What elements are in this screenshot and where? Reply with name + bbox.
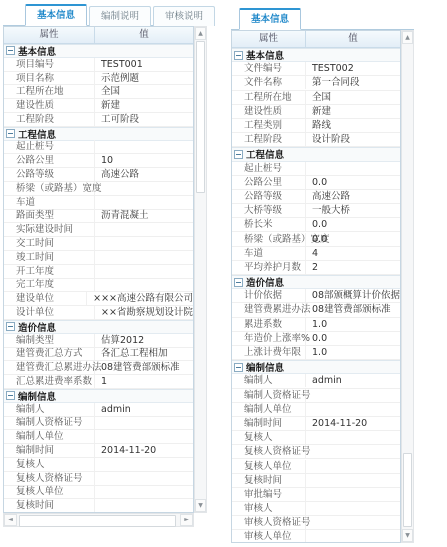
property-row: 开工年度 [4,265,193,279]
property-row: 计价依据08部颁概算计价依据 [232,289,400,303]
section-label: 编制信息 [246,360,284,374]
section-label: 基本信息 [246,48,284,62]
property-value[interactable]: 10 [95,154,193,167]
property-name: 复核人单位 [232,460,306,473]
property-name: 工程阶段 [4,113,95,126]
property-name: 建设性质 [4,99,95,112]
property-value[interactable]: 工可阶段 [95,113,193,126]
property-value[interactable]: 全国 [95,85,193,98]
property-value[interactable]: 新建 [306,105,400,118]
property-value[interactable]: 0.0 [306,332,400,345]
grid-body: 基本信息文件编号TEST002文件名称第一合同段工程所在地全国建设性质新建工程类… [232,48,400,543]
property-name: 交工时间 [4,237,95,250]
property-row: 交工时间 [4,237,193,251]
collapse-minus-icon[interactable] [234,51,243,60]
property-name: 平均养护月数 [232,261,306,274]
property-value[interactable]: 高速公路 [95,168,193,181]
property-name: 文件名称 [232,76,306,89]
column-header-value: 值 [306,31,400,47]
section-row[interactable]: 工程信息 [232,147,400,161]
property-value[interactable]: 0.0 [306,176,400,189]
property-row: 编制人资格证号 [4,417,193,431]
property-value[interactable]: 2014-11-20 [95,444,193,457]
tab-编制说明[interactable]: 编制说明 [89,6,151,26]
property-name: 累进系数 [232,318,306,331]
property-name: 大桥等级 [232,204,306,217]
property-value[interactable]: 沥青混凝土 [95,209,193,222]
property-name: 审核人单位 [232,530,306,543]
property-name: 汇总累进费率系数 [4,375,95,388]
property-name: 建管费汇总累进办法 [4,361,95,374]
property-row: 编制人单位 [232,403,400,417]
property-row: 大桥等级一般大桥 [232,204,400,218]
property-value[interactable]: admin [306,374,400,387]
section-label: 编制信息 [18,389,56,403]
tab-审核说明[interactable]: 审核说明 [153,6,215,26]
property-name: 编制人 [4,403,95,416]
property-name: 完工年度 [4,278,95,291]
property-row: 复核人资格证号 [232,445,400,459]
property-name: 工程类别 [232,119,306,132]
column-header-property: 属性 [232,31,306,47]
property-name: 工程所在地 [4,85,95,98]
property-name: 编制人单位 [4,430,95,443]
property-row: 汇总累进费率系数1 [4,375,193,389]
property-name: 起止桩号 [4,140,95,153]
property-value[interactable]: 第一合同段 [306,76,400,89]
property-name: 复核人 [4,458,95,471]
property-row: 年造价上涨率%0.0 [232,332,400,346]
property-row: 建设性质新建 [4,99,193,113]
property-name: 建设单位 [4,292,87,305]
grid-header: 属性 值 [4,27,193,44]
section-row[interactable]: 基本信息 [232,48,400,62]
column-header-value: 值 [95,27,193,43]
property-name: 设计单位 [4,306,95,319]
property-name: 编制时间 [4,444,95,457]
property-row: 平均养护月数2 [232,261,400,275]
vertical-scrollbar[interactable]: ▲ ▼ [194,26,207,513]
property-value[interactable]: 一般大桥 [306,204,400,217]
property-name: 建设性质 [232,105,306,118]
property-row: 竣工时间 [4,251,193,265]
property-row: 公路等级高速公路 [232,190,400,204]
left-property-panel: 基本信息编制说明审核说明 属性 值 基本信息项目编号TEST001项目名称示范例… [3,2,207,527]
property-row: 工程阶段工可阶段 [4,113,193,127]
collapse-minus-icon[interactable] [234,363,243,372]
property-row: 复核人资格证号 [4,472,193,486]
property-value[interactable]: 高速公路 [306,190,400,203]
property-row: 复核人 [232,431,400,445]
property-row: 上涨计费年限1.0 [232,346,400,360]
property-name: 开工年度 [4,265,95,278]
property-value[interactable]: ×××高速公路有限公司 [87,292,193,305]
scroll-up-icon[interactable]: ▲ [195,27,206,40]
property-name: 公路等级 [4,168,95,181]
collapse-minus-icon[interactable] [234,278,243,287]
property-row: 路面类型沥青混凝土 [4,210,193,224]
property-name: 公路公里 [232,176,306,189]
property-name: 文件编号 [232,62,306,75]
property-row: 编制时间2014-11-20 [4,444,193,458]
section-row[interactable]: 基本信息 [4,44,193,58]
property-value[interactable]: admin [95,403,193,416]
property-name: 计价依据 [232,289,306,302]
property-row: 复核人单位 [232,459,400,473]
property-name: 建管费汇总方式 [4,347,95,360]
scrollbar-thumb[interactable] [19,515,176,527]
property-row: 项目编号TEST001 [4,58,193,72]
property-value[interactable]: 1 [95,375,193,388]
property-row: 审核人单位 [232,530,400,543]
scroll-left-icon[interactable]: ◄ [4,514,17,526]
property-name: 审核人 [232,502,306,515]
property-row: 建设单位×××高速公路有限公司 [4,292,193,306]
property-name: 复核时间 [232,474,306,487]
property-value[interactable]: 新建 [95,99,193,112]
property-row: 工程所在地全国 [4,85,193,99]
property-name: 编制人资格证号 [4,416,95,429]
section-label: 工程信息 [246,147,284,161]
property-row: 起止桩号 [232,162,400,176]
property-value[interactable]: 全国 [306,91,400,104]
property-row: 复核时间 [4,499,193,513]
property-name: 起止桩号 [232,162,306,175]
scroll-up-icon[interactable]: ▲ [402,31,413,44]
property-row: 复核人单位 [4,486,193,500]
property-name: 公路公里 [4,154,95,167]
section-row[interactable]: 造价信息 [4,320,193,334]
property-value[interactable]: 1.0 [306,318,400,331]
property-name: 编制人 [232,374,306,387]
column-header-property: 属性 [4,27,95,43]
property-row: 审核人资格证号 [232,516,400,530]
property-name: 复核人单位 [4,485,95,498]
collapse-minus-icon[interactable] [6,46,15,55]
property-row: 桥梁（或路基）宽度0.0 [232,232,400,246]
property-name: 工程阶段 [232,133,306,146]
property-value[interactable]: 估算2012 [95,334,193,347]
property-name: 桥长米 [232,218,306,231]
section-row[interactable]: 编制信息 [232,360,400,374]
property-row: 编制人资格证号 [232,389,400,403]
property-row: 车道 [4,196,193,210]
property-name: 编制人单位 [232,403,306,416]
scrollbar-thumb[interactable] [403,453,412,527]
property-row: 公路公里10 [4,154,193,168]
property-row: 设计单位××省勘察规划设计院 [4,306,193,320]
property-name: 编制时间 [232,417,306,430]
property-row: 建管费累进办法08建管费部颁标准 [232,303,400,317]
property-row: 建设性质新建 [232,105,400,119]
property-row: 工程所在地全国 [232,91,400,105]
section-label: 基本信息 [18,44,56,58]
property-value[interactable]: 设计阶段 [306,133,400,146]
property-row: 工程阶段设计阶段 [232,133,400,147]
property-name: 项目名称 [4,72,95,85]
property-value[interactable]: 1.0 [306,346,400,359]
scroll-down-icon[interactable]: ▼ [195,499,206,512]
property-row: 编制时间2014-11-20 [232,417,400,431]
property-row: 桥梁（或路基）宽度 [4,182,193,196]
property-name: 编制类型 [4,334,95,347]
property-name: 工程所在地 [232,91,306,104]
property-name: 年造价上涨率% [232,332,306,345]
property-row: 实际建设时间 [4,223,193,237]
section-row[interactable]: 编制信息 [4,389,193,403]
property-name: 审核人资格证号 [232,516,306,529]
property-row: 起止桩号 [4,141,193,155]
property-row: 公路公里0.0 [232,176,400,190]
property-value[interactable]: ××省勘察规划设计院 [95,306,193,319]
vertical-scrollbar[interactable]: ▲ ▼ [401,30,414,543]
property-row: 文件编号TEST002 [232,62,400,76]
scrollbar-thumb[interactable] [196,41,205,193]
property-row: 完工年度 [4,279,193,293]
tab-基本信息[interactable]: 基本信息 [239,8,301,30]
property-grid: 属性 值 基本信息项目编号TEST001项目名称示范例题工程所在地全国建设性质新… [3,26,194,513]
property-row: 车道4 [232,247,400,261]
property-row: 审批编号 [232,488,400,502]
property-name: 实际建设时间 [4,223,95,236]
property-name: 竣工时间 [4,251,95,264]
property-value[interactable]: 2 [306,261,400,274]
collapse-minus-icon[interactable] [6,322,15,331]
property-name: 桥梁（或路基）宽度 [232,233,306,246]
section-label: 工程信息 [18,127,56,141]
property-name: 上涨计费年限 [232,346,306,359]
property-value[interactable]: 0.0 [306,218,400,231]
property-row: 桥长米0.0 [232,218,400,232]
property-row: 建管费汇总方式各汇总工程相加 [4,348,193,362]
property-row: 审核人 [232,502,400,516]
property-value[interactable]: 各汇总工程相加 [95,347,193,360]
tab-bar: 基本信息编制说明审核说明 [3,2,207,26]
property-row: 编制人单位 [4,430,193,444]
property-row: 工程类别路线 [232,119,400,133]
grid-header: 属性 值 [232,31,400,48]
grid-body: 基本信息项目编号TEST001项目名称示范例题工程所在地全国建设性质新建工程阶段… [4,44,193,513]
property-name: 车道 [4,196,95,209]
collapse-minus-icon[interactable] [6,129,15,138]
right-property-panel: 基本信息 属性 值 基本信息文件编号TEST002文件名称第一合同段工程所在地全… [231,2,414,543]
tab-bar: 基本信息 [231,2,414,30]
property-name: 车道 [232,247,306,260]
property-name: 复核时间 [4,499,95,512]
property-name: 审批编号 [232,488,306,501]
property-row: 文件名称第一合同段 [232,76,400,90]
property-value[interactable]: 4 [306,247,400,260]
property-name: 建管费累进办法 [232,303,306,316]
property-name: 路面类型 [4,209,95,222]
scroll-right-icon[interactable]: ► [180,514,193,526]
property-name: 编制人资格证号 [232,389,306,402]
property-name: 公路等级 [232,190,306,203]
property-row: 建管费汇总累进办法08建管费部颁标准 [4,361,193,375]
property-row: 编制人admin [232,374,400,388]
scroll-down-icon[interactable]: ▼ [402,529,413,542]
property-name: 项目编号 [4,58,95,71]
tab-基本信息[interactable]: 基本信息 [25,4,87,26]
property-value[interactable]: 08建管费部颁标准 [95,361,193,374]
property-value[interactable]: 08建管费部颁标准 [306,303,400,316]
horizontal-scrollbar[interactable]: ◄ ► [3,513,194,527]
property-value[interactable]: TEST002 [306,62,400,75]
section-row[interactable]: 工程信息 [4,127,193,141]
property-grid: 属性 值 基本信息文件编号TEST002文件名称第一合同段工程所在地全国建设性质… [231,30,401,543]
property-row: 复核时间 [232,474,400,488]
property-value[interactable]: 0.0 [306,233,400,246]
section-row[interactable]: 造价信息 [232,275,400,289]
property-value[interactable]: 示范例题 [95,72,193,85]
section-label: 造价信息 [246,275,284,289]
property-name: 桥梁（或路基）宽度 [4,182,95,195]
property-value[interactable]: TEST001 [95,58,193,71]
property-row: 编制人admin [4,403,193,417]
property-name: 复核人资格证号 [232,445,306,458]
property-name: 复核人 [232,431,306,444]
property-row: 公路等级高速公路 [4,168,193,182]
property-value[interactable]: 08部颁概算计价依据 [306,289,400,302]
property-row: 编制类型估算2012 [4,334,193,348]
property-name: 复核人资格证号 [4,472,95,485]
property-row: 项目名称示范例题 [4,72,193,86]
property-value[interactable]: 2014-11-20 [306,417,400,430]
collapse-minus-icon[interactable] [234,150,243,159]
property-row: 累进系数1.0 [232,318,400,332]
property-value[interactable]: 路线 [306,119,400,132]
property-row: 复核人 [4,458,193,472]
collapse-minus-icon[interactable] [6,391,15,400]
section-label: 造价信息 [18,320,56,334]
